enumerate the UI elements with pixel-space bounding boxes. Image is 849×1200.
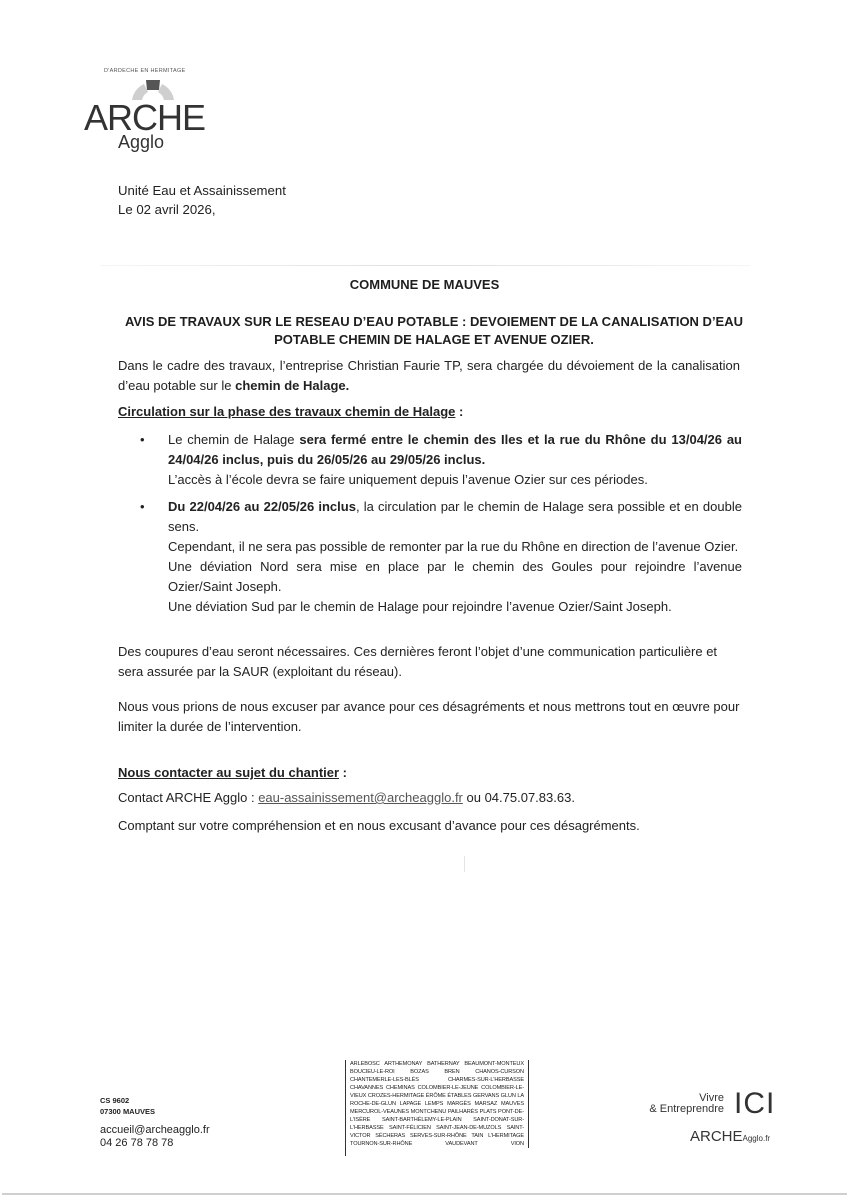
circulation-heading-text: Circulation sur la phase des travaux che… (118, 404, 455, 419)
closing-paragraph: Comptant sur votre compréhension et en n… (118, 818, 640, 833)
website-logo: ARCHEAgglo.fr (690, 1128, 770, 1145)
logo-tagline: D'ARDECHE EN HERMITAGE (104, 68, 186, 74)
footer-email[interactable]: accueil@archeagglo.fr (100, 1124, 210, 1137)
notice-title: AVIS DE TRAVAUX SUR LE RESEAU D’EAU POTA… (120, 313, 748, 349)
page-bottom-edge (2, 1193, 847, 1195)
contact-heading: Nous contacter au sujet du chantier : (118, 765, 347, 780)
member-communes-list: Arlebosc Arthemonay Bathernay Beaumont-M… (350, 1060, 529, 1148)
logo-wordmark: ARCHE (84, 100, 205, 136)
circulation-heading: Circulation sur la phase des travaux che… (118, 404, 463, 419)
bullet-icon: • (140, 430, 145, 450)
sender-block: Unité Eau et Assainissement Le 02 avril … (118, 181, 286, 219)
footer-phone: 04 26 78 78 78 (100, 1137, 210, 1150)
contact-line: Contact ARCHE Agglo : eau-assainissement… (118, 790, 575, 805)
separator-line (100, 265, 750, 266)
letter-date: Le 02 avril 2026, (118, 200, 286, 219)
vivre-entreprendre-ici-logo: Vivre & Entreprendre ICI (652, 1093, 782, 1123)
intro-paragraph: Dans le cadre des travaux, l’entreprise … (118, 356, 740, 396)
footer-postal-address: CS 9602 07300 MAUVES (100, 1095, 155, 1117)
divider (345, 1060, 346, 1156)
intro-text: Dans le cadre des travaux, l’entreprise … (118, 358, 740, 393)
apology-paragraph: Nous vous prions de nous excuser par ava… (118, 697, 740, 737)
arche-agglo-logo: D'ARDECHE EN HERMITAGE ARCHE Agglo (84, 66, 214, 156)
commune-heading: COMMUNE DE MAUVES (0, 277, 849, 292)
logo-subtitle: Agglo (118, 132, 164, 152)
water-cuts-paragraph: Des coupures d’eau seront nécessaires. C… (118, 642, 740, 682)
scan-mark (464, 856, 465, 872)
bullet-icon: • (140, 497, 145, 517)
contact-email-link[interactable]: eau-assainissement@archeagglo.fr (258, 790, 463, 805)
sender-unit: Unité Eau et Assainissement (118, 181, 286, 200)
footer-contact: accueil@archeagglo.fr 04 26 78 78 78 (100, 1124, 210, 1150)
intro-bold: chemin de Halage. (235, 378, 349, 393)
